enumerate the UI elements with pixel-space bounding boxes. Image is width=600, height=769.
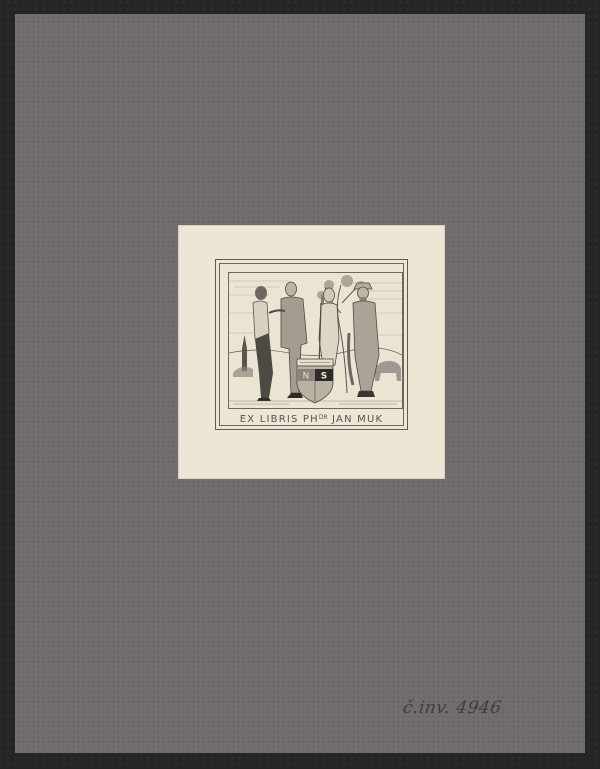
mounting-board: N S EX LIBRIS PHDR JAN MUK č.inv. 4946: [15, 14, 585, 753]
inventory-number-annotation: č.inv. 4946: [402, 698, 503, 718]
bookplate-caption: EX LIBRIS PHDR JAN MUK: [228, 411, 395, 425]
caption-text-pre: EX LIBRIS PH: [240, 414, 319, 425]
engraving-illustration: N S: [229, 273, 402, 408]
heraldic-shield: N S: [297, 359, 333, 403]
bookplate-paper: N S EX LIBRIS PHDR JAN MUK: [178, 225, 445, 479]
engraving-frame: N S EX LIBRIS PHDR JAN MUK: [215, 259, 408, 430]
caption-superscript: DR: [319, 414, 328, 421]
engraving-inner-frame: N S EX LIBRIS PHDR JAN MUK: [219, 263, 404, 426]
caption-text-post: JAN MUK: [328, 414, 384, 425]
svg-text:N: N: [303, 372, 310, 382]
svg-text:S: S: [321, 372, 327, 382]
engraved-scene: N S: [228, 272, 403, 409]
collection-stamp: [495, 690, 535, 730]
